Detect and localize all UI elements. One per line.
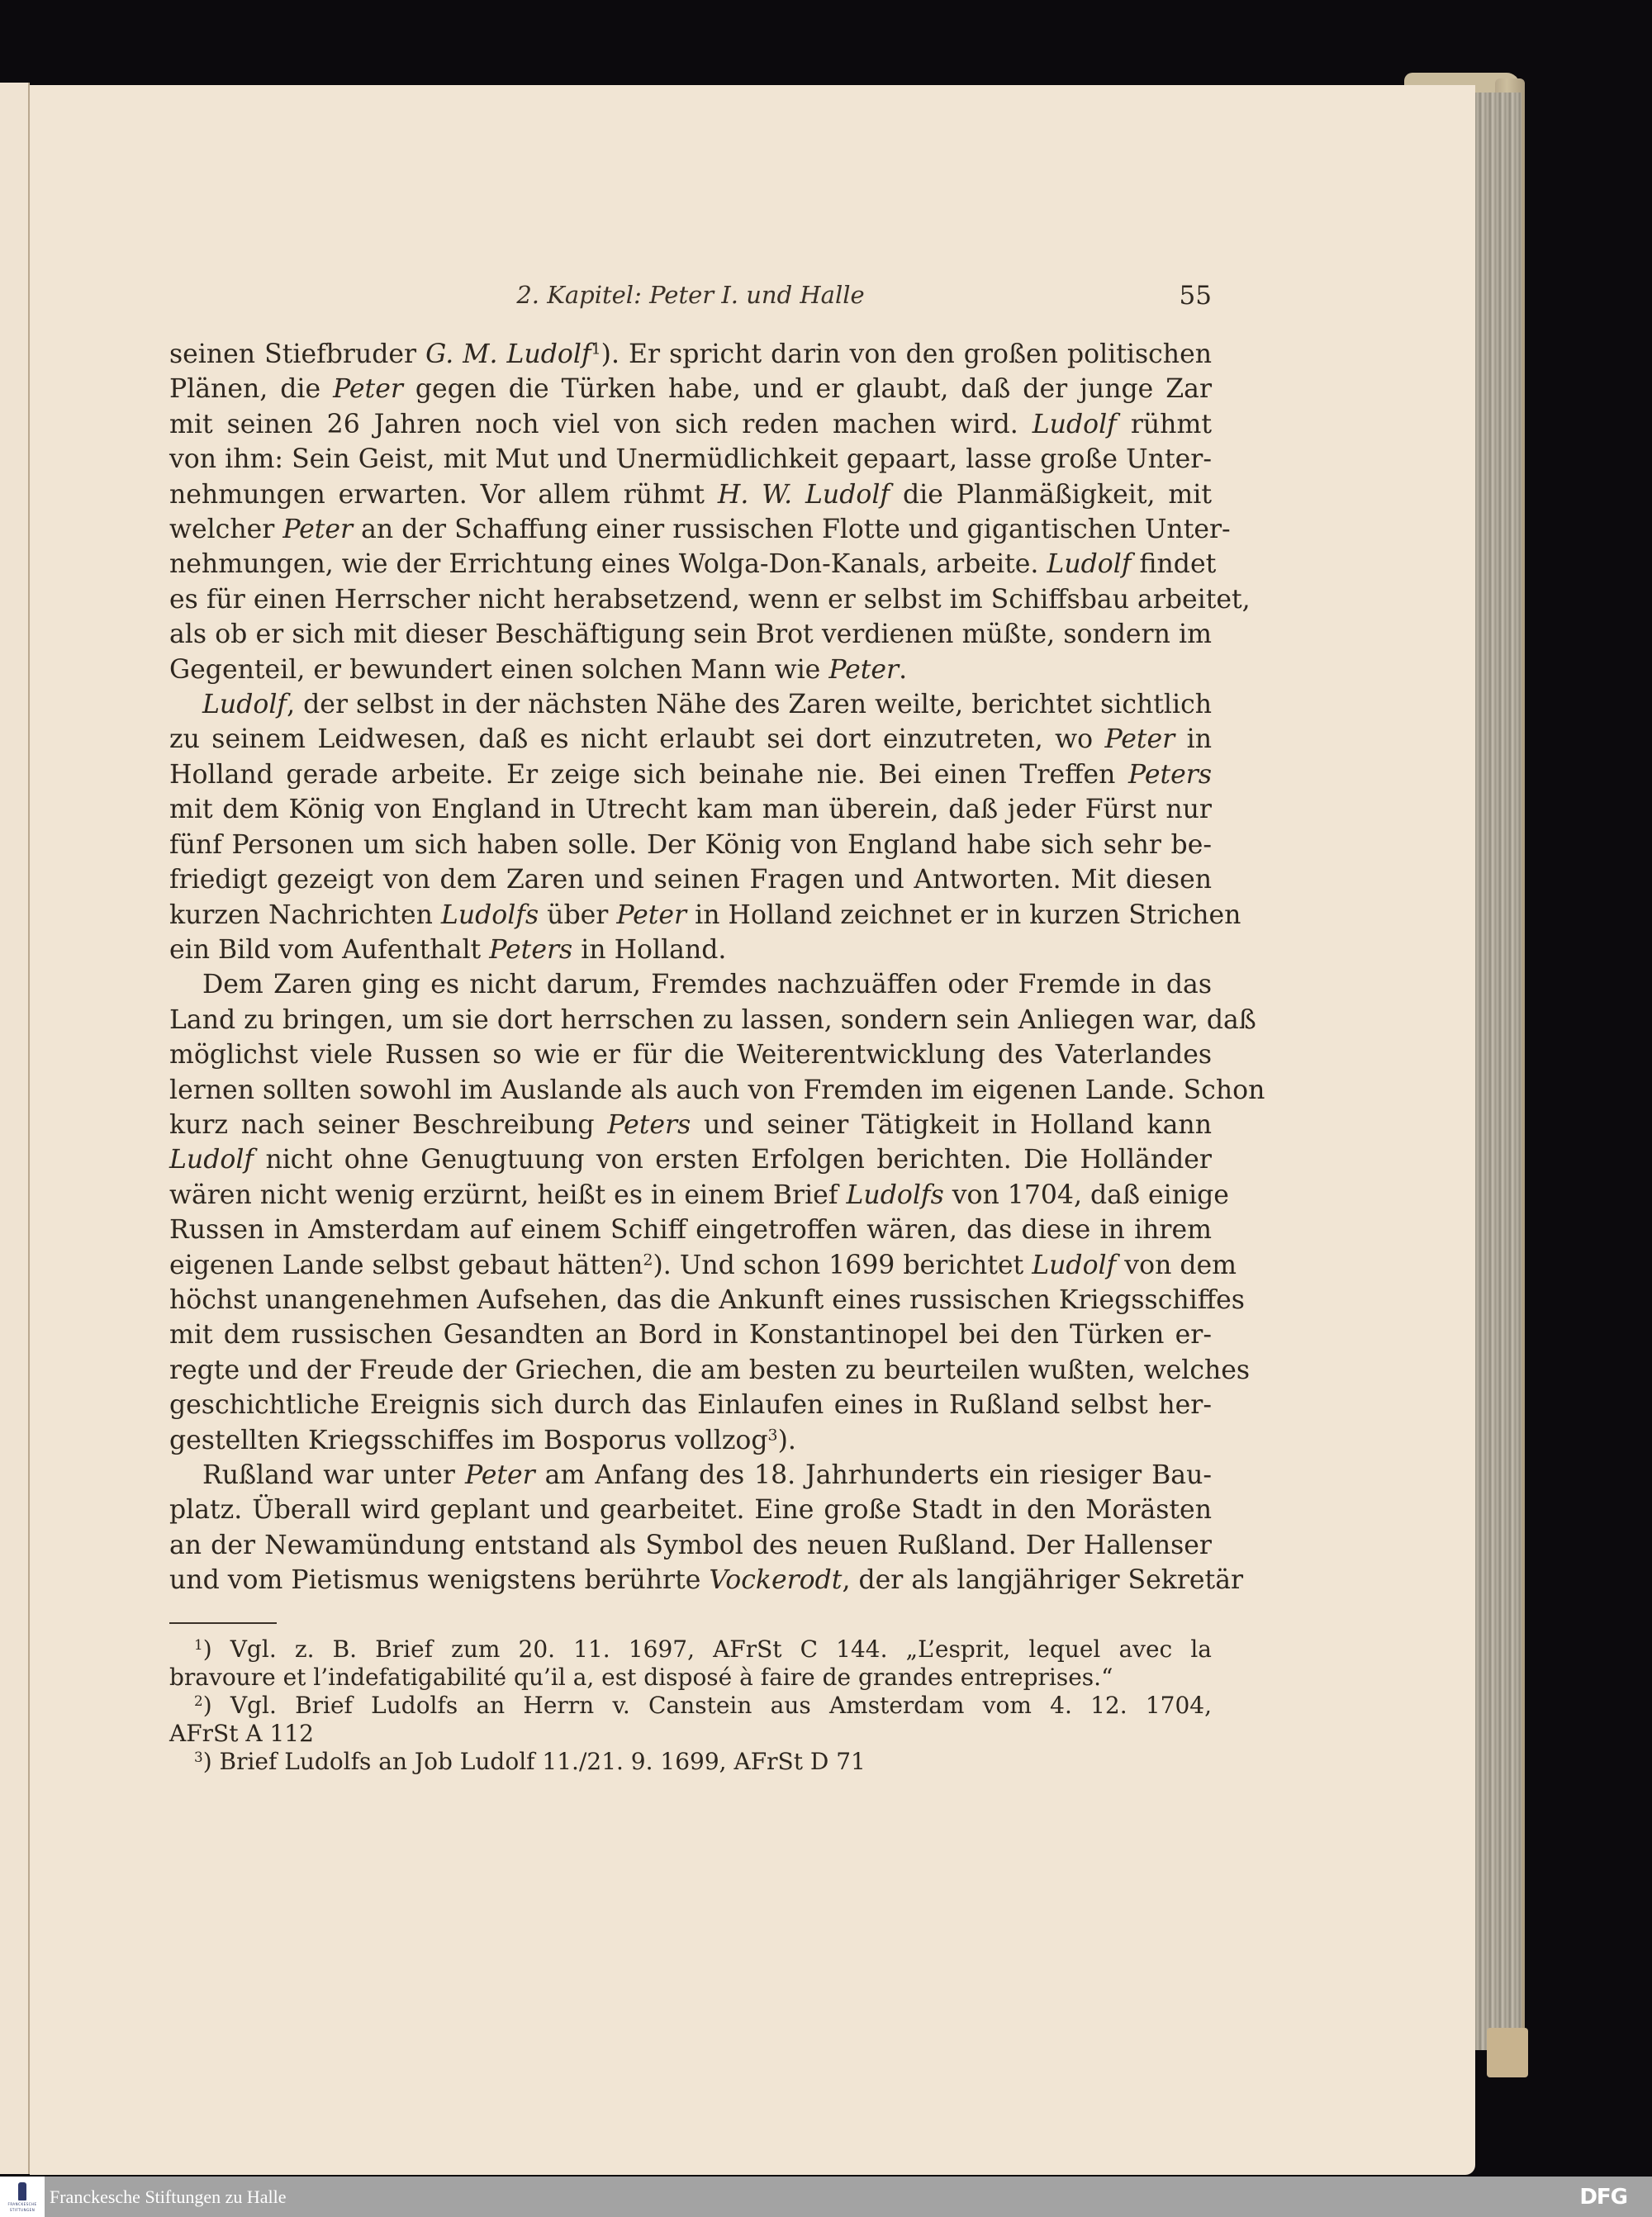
text-line: möglichst viele Russen so wie er für die… <box>169 1037 1212 1072</box>
text-run: höchst unangenehmen Aufsehen, das die An… <box>169 1285 1245 1315</box>
facing-page-edge <box>0 83 30 2174</box>
text-line: von ihm: Sein Geist, mit Mut und Unermüd… <box>169 442 1212 477</box>
text-run: . <box>899 655 907 685</box>
text-run: kurzen Nachrichten <box>169 900 441 930</box>
text-run: Rußland war unter <box>202 1460 465 1490</box>
text-run: , der selbst in der nächsten Nähe des Za… <box>287 690 1212 719</box>
text-line: Holland gerade arbeite. Er zeige sich be… <box>169 757 1212 792</box>
text-line: lernen sollten sowohl im Auslande als au… <box>169 1073 1212 1108</box>
italic-name: Ludolf <box>1047 549 1131 579</box>
text-line: Ludolf nicht ohne Genugtuung von ersten … <box>169 1142 1212 1177</box>
logo-text-line2: STIFTUNGEN <box>10 2208 35 2212</box>
text-run: lernen sollten sowohl im Auslande als au… <box>169 1075 1265 1105</box>
text-line: seinen Stiefbruder G. M. Ludolf1). Er sp… <box>169 337 1212 372</box>
text-run: seinen Stiefbruder <box>169 339 425 369</box>
footnote-line: 3) Brief Ludolfs an Job Ludolf 11./21. 9… <box>169 1748 1212 1776</box>
text-line: Land zu bringen, um sie dort herrschen z… <box>169 1003 1212 1037</box>
text-line: mit dem König von England in Utrecht kam… <box>169 792 1212 827</box>
footnote-marker[interactable]: 1 <box>194 1636 203 1653</box>
text-line: gestellten Kriegsschiffes im Bosporus vo… <box>169 1423 1212 1458</box>
text-line: welcher Peter an der Schaffung einer rus… <box>169 512 1212 547</box>
text-run: in <box>1175 724 1212 754</box>
text-run: an der Schaffung einer russischen Flotte… <box>353 515 1231 544</box>
text-line: höchst unangenehmen Aufsehen, das die An… <box>169 1283 1212 1317</box>
text-run: kurz nach seiner Beschreibung <box>169 1110 607 1140</box>
logo-text-line1: FRANCKESCHE <box>8 2202 37 2206</box>
text-line: als ob er sich mit dieser Beschäftigung … <box>169 617 1212 652</box>
italic-name: Peter <box>333 374 403 404</box>
institution-name: Franckesche Stiftungen zu Halle <box>50 2186 287 2208</box>
text-line: Ludolf, der selbst in der nächsten Nähe … <box>169 687 1212 722</box>
text-run: mit dem König von England in Utrecht kam… <box>169 795 1212 824</box>
body-text: seinen Stiefbruder G. M. Ludolf1). Er sp… <box>169 337 1212 1598</box>
text-run: ) Vgl. Brief Ludolfs an Herrn v. Canstei… <box>203 1692 1212 1719</box>
text-line: platz. Überall wird geplant und gearbeit… <box>169 1493 1212 1527</box>
text-run: ). <box>778 1426 796 1455</box>
italic-name: H. W. Ludolf <box>718 480 890 510</box>
text-run: von dem <box>1116 1251 1237 1280</box>
footnote-line: bravoure et l’indefatigabilité qu’il a, … <box>169 1664 1212 1692</box>
text-run: regte und der Freude der Griechen, die a… <box>169 1355 1250 1385</box>
text-run: zu seinem Leidwesen, daß es nicht erlaub… <box>169 724 1104 754</box>
text-run: Holland gerade arbeite. Er zeige sich be… <box>169 760 1128 790</box>
footnote-line: 1) Vgl. z. B. Brief zum 20. 11. 1697, AF… <box>169 1635 1212 1664</box>
text-line: friedigt gezeigt von dem Zaren und seine… <box>169 862 1212 897</box>
footnotes: 1) Vgl. z. B. Brief zum 20. 11. 1697, AF… <box>169 1635 1212 1776</box>
book-binding-bottom <box>1487 2028 1528 2077</box>
text-run: möglichst viele Russen so wie er für die… <box>169 1040 1212 1070</box>
text-run: ) Vgl. z. B. Brief zum 20. 11. 1697, AFr… <box>203 1635 1212 1663</box>
text-run: welcher <box>169 515 282 544</box>
viewer-footer-bar: FRANCKESCHE STIFTUNGEN Franckesche Stift… <box>0 2177 1652 2217</box>
page-number: 55 <box>1180 281 1212 311</box>
text-line: Dem Zaren ging es nicht darum, Fremdes n… <box>169 967 1212 1002</box>
text-run: mit dem russischen Gesandten an Bord in … <box>169 1320 1212 1350</box>
footnote-line: 2) Vgl. Brief Ludolfs an Herrn v. Canste… <box>169 1692 1212 1720</box>
text-run: Russen in Amsterdam auf einem Schiff ein… <box>169 1215 1212 1245</box>
text-run: ein Bild vom Aufenthalt <box>169 935 489 965</box>
text-run: Gegenteil, er bewundert einen solchen Ma… <box>169 655 828 685</box>
italic-name: Ludolfs <box>847 1180 944 1210</box>
text-run: von 1704, daß einige <box>944 1180 1229 1210</box>
text-run: eigenen Lande selbst gebaut hätten <box>169 1251 643 1280</box>
text-run: in Holland zeichnet er in kurzen Striche… <box>686 900 1241 930</box>
text-run: AFrSt A 112 <box>169 1720 314 1747</box>
italic-name: Ludolf <box>1032 1251 1116 1280</box>
text-line: an der Newamündung entstand als Symbol d… <box>169 1528 1212 1563</box>
footnote-marker[interactable]: 1 <box>591 340 601 358</box>
text-run: und seiner Tätigkeit in Holland kann <box>691 1110 1212 1140</box>
text-run: in Holland. <box>572 935 726 965</box>
text-run: bravoure et l’indefatigabilité qu’il a, … <box>169 1664 1113 1691</box>
text-line: kurzen Nachrichten Ludolfs über Peter in… <box>169 898 1212 933</box>
text-run: geschichtliche Ereignis sich durch das E… <box>169 1390 1212 1420</box>
text-run: gestellten Kriegsschiffes im Bosporus vo… <box>169 1426 768 1455</box>
text-run: rühmt <box>1117 410 1212 439</box>
text-run: nehmungen erwarten. Vor allem rühmt <box>169 480 718 510</box>
italic-name: Peter <box>282 515 353 544</box>
text-line: geschichtliche Ereignis sich durch das E… <box>169 1388 1212 1422</box>
text-run: gegen die Türken habe, und er glaubt, da… <box>403 374 1212 404</box>
text-run: , der als langjähriger Sekretär <box>842 1565 1243 1595</box>
text-run: und vom Pietismus wenigstens berührte <box>169 1565 709 1595</box>
text-line: zu seinem Leidwesen, daß es nicht erlaub… <box>169 722 1212 757</box>
text-run: die Planmäßigkeit, mit <box>890 480 1212 510</box>
footnote-separator <box>169 1622 277 1624</box>
italic-name: G. M. Ludolf <box>425 339 591 369</box>
text-line: nehmungen, wie der Errichtung eines Wolg… <box>169 547 1212 582</box>
text-line: nehmungen erwarten. Vor allem rühmt H. W… <box>169 477 1212 512</box>
text-line: Russen in Amsterdam auf einem Schiff ein… <box>169 1213 1212 1247</box>
text-run: nehmungen, wie der Errichtung eines Wolg… <box>169 549 1047 579</box>
text-run: Land zu bringen, um sie dort herrschen z… <box>169 1005 1256 1035</box>
text-run: Dem Zaren ging es nicht darum, Fremdes n… <box>202 970 1212 999</box>
text-line: Gegenteil, er bewundert einen solchen Ma… <box>169 653 1212 687</box>
text-line: mit seinen 26 Jahren noch viel von sich … <box>169 407 1212 442</box>
text-run: ). Er spricht darin von den großen polit… <box>601 339 1212 369</box>
italic-name: Peter <box>828 655 899 685</box>
logo-figure-icon <box>18 2182 26 2200</box>
footnote-marker[interactable]: 2 <box>194 1692 203 1709</box>
footnote-marker[interactable]: 2 <box>643 1251 653 1269</box>
text-line: eigenen Lande selbst gebaut hätten2). Un… <box>169 1248 1212 1283</box>
text-line: fünf Personen um sich haben solle. Der K… <box>169 828 1212 862</box>
running-head: 2. Kapitel: Peter I. und Halle <box>169 281 1212 309</box>
italic-name: Ludolfs <box>441 900 539 930</box>
text-run: ) Brief Ludolfs an Job Ludolf 11./21. 9.… <box>203 1748 866 1775</box>
text-run: fünf Personen um sich haben solle. Der K… <box>169 830 1212 860</box>
text-line: wären nicht wenig erzürnt, heißt es in e… <box>169 1178 1212 1213</box>
text-run: es für einen Herrscher nicht herabsetzen… <box>169 585 1251 615</box>
text-run: von ihm: Sein Geist, mit Mut und Unermüd… <box>169 444 1212 474</box>
text-run: platz. Überall wird geplant und gearbeit… <box>169 1495 1212 1525</box>
footnote-marker[interactable]: 3 <box>194 1749 203 1765</box>
franckesche-stiftungen-logo[interactable]: FRANCKESCHE STIFTUNGEN <box>0 2177 45 2217</box>
italic-name: Peter <box>616 900 686 930</box>
italic-name: Ludolf <box>202 690 287 719</box>
text-run: als ob er sich mit dieser Beschäftigung … <box>169 620 1212 649</box>
italic-name: Peter <box>1104 724 1175 754</box>
text-line: kurz nach seiner Beschreibung Peters und… <box>169 1108 1212 1142</box>
text-run: findet <box>1131 549 1216 579</box>
text-run: an der Newamündung entstand als Symbol d… <box>169 1531 1212 1560</box>
italic-name: Ludolf <box>1032 410 1117 439</box>
text-line: es für einen Herrscher nicht herabsetzen… <box>169 582 1212 617</box>
text-run: am Anfang des 18. Jahrhunderts ein riesi… <box>535 1460 1212 1490</box>
text-line: ein Bild vom Aufenthalt Peters in Hollan… <box>169 933 1212 967</box>
text-line: regte und der Freude der Griechen, die a… <box>169 1353 1212 1388</box>
italic-name: Vockerodt <box>709 1565 842 1595</box>
italic-name: Peter <box>465 1460 535 1490</box>
text-line: mit dem russischen Gesandten an Bord in … <box>169 1317 1212 1352</box>
footnote-line: AFrSt A 112 <box>169 1720 1212 1748</box>
text-line: Rußland war unter Peter am Anfang des 18… <box>169 1458 1212 1493</box>
footnote-marker[interactable]: 3 <box>768 1426 778 1444</box>
dfg-logo[interactable]: DFG <box>1579 2185 1627 2210</box>
text-run: über <box>539 900 616 930</box>
text-run: nicht ohne Genugtuung von ersten Erfolge… <box>254 1145 1212 1175</box>
italic-name: Peters <box>607 1110 691 1140</box>
text-run: friedigt gezeigt von dem Zaren und seine… <box>169 865 1212 895</box>
italic-name: Peters <box>1128 760 1212 790</box>
page-header: 2. Kapitel: Peter I. und Halle 55 <box>169 281 1212 317</box>
text-run: ). Und schon 1699 berichtet <box>653 1251 1032 1280</box>
italic-name: Ludolf <box>169 1145 254 1175</box>
italic-name: Peters <box>489 935 572 965</box>
text-run: mit seinen 26 Jahren noch viel von sich … <box>169 410 1032 439</box>
text-run: wären nicht wenig erzürnt, heißt es in e… <box>169 1180 847 1210</box>
text-line: und vom Pietismus wenigstens berührte Vo… <box>169 1563 1212 1597</box>
text-line: Plänen, die Peter gegen die Türken habe,… <box>169 372 1212 406</box>
text-run: Plänen, die <box>169 374 333 404</box>
